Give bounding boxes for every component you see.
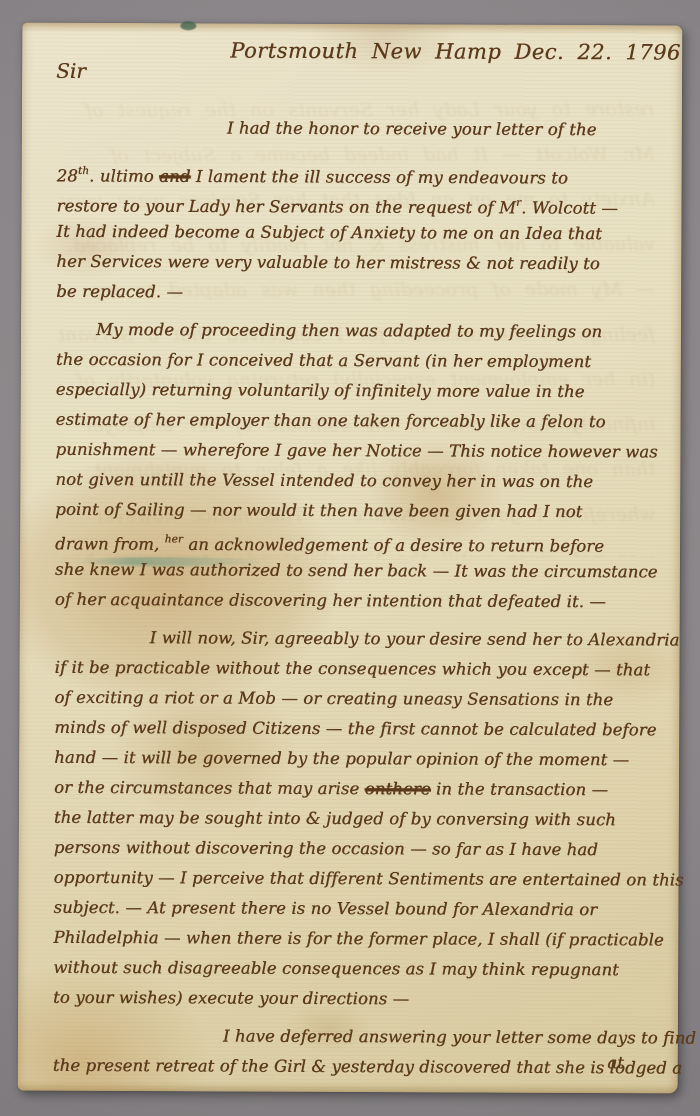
letter-line: not given untill the Vessel intended to … [55, 465, 662, 498]
letter-line: especially) returning voluntarily of inf… [56, 375, 663, 408]
superscript-insertion: r [516, 197, 521, 209]
photo-background: restore to your Lady her Servants on the… [0, 0, 700, 1116]
letter-text: especially) returning voluntarily of inf… [56, 380, 585, 401]
letter-text: she knew I was authorized to send her ba… [55, 560, 658, 582]
letter-text: estimate of her employer than one taken … [56, 410, 606, 431]
letter-text: opportunity — I perceive that different … [54, 868, 684, 890]
letter-line: to your wishes) execute your directions … [53, 983, 660, 1016]
letter-text: her Services were very valuable to her m… [56, 252, 600, 273]
letter-text: to your wishes) execute your directions … [53, 988, 409, 1009]
letter-text: I will now, Sir, agreeably to your desir… [150, 628, 680, 649]
superscript-insertion: her [165, 533, 183, 545]
letter-text: punishment — wherefore I gave her Notice… [55, 440, 657, 462]
letter-text: Philadelphia — when there is for the for… [53, 928, 664, 950]
letter-text: subject. — At present there is no Vessel… [53, 898, 597, 919]
letter-line: 28th. ultimo and I lament the ill succes… [57, 157, 664, 190]
letter-line: I have deferred answering your letter so… [53, 1021, 660, 1054]
letter-text: restore to your Lady her Servants on the… [56, 196, 516, 217]
letter-line: Philadelphia — when there is for the for… [53, 923, 660, 956]
letter-line: the present retreat of the Girl & yester… [53, 1051, 660, 1084]
letter-line: punishment — wherefore I gave her Notice… [55, 435, 662, 468]
letter-text: I had the honor to receive your letter o… [227, 118, 597, 139]
letter-text: be replaced. — [56, 282, 183, 302]
letter-text: the present retreat of the Girl & yester… [53, 1056, 682, 1078]
letter-text: minds of well disposed Citizens — the fi… [54, 718, 656, 740]
letter-line: minds of well disposed Citizens — the fi… [54, 713, 661, 746]
letter-line: or the circumstances that may arise onth… [54, 773, 661, 806]
letter-text: of her acquaintance discovering her inte… [55, 590, 606, 611]
letter-line: subject. — At present there is no Vessel… [53, 893, 660, 926]
letter-text: or the circumstances that may arise [54, 778, 365, 798]
letter-line: her Services were very valuable to her m… [56, 247, 663, 280]
letter-line: of her acquaintance discovering her inte… [55, 585, 662, 618]
letter-text: . Wolcott — [521, 198, 618, 217]
letter-line: restore to your Lady her Servants on the… [56, 187, 663, 220]
letter-text: the latter may be sought into & judged o… [54, 808, 616, 829]
letter-text: the occasion for I conceived that a Serv… [56, 350, 591, 371]
letter-line: point of Sailing — nor would it then hav… [55, 495, 662, 528]
letter-text: 28 [57, 166, 78, 185]
letter-text: drawn from, [55, 534, 165, 553]
letter-text: persons without discovering the occasion… [54, 838, 598, 859]
letter-body: I had the honor to receive your letter o… [53, 105, 664, 1084]
letter-line: the latter may be sought into & judged o… [54, 803, 661, 836]
letter-line: drawn from, her an acknowledgement of a … [55, 525, 662, 558]
letter-text: if it be practicable without the consequ… [54, 658, 650, 680]
letter-text: in the transaction — [431, 779, 609, 799]
letter-text: My mode of proceeding then was adapted t… [96, 320, 602, 341]
letter-text: without such disagreeable consequences a… [53, 958, 619, 979]
letter-line: if it be practicable without the consequ… [54, 653, 661, 686]
letter-line: My mode of proceeding then was adapted t… [56, 315, 663, 348]
struck-word: and [159, 167, 190, 186]
letter-salutation: Sir [56, 59, 86, 83]
letter-catchword: at [607, 1053, 624, 1072]
letter-text: not given untill the Vessel intended to … [55, 470, 593, 491]
letter-line: hand — it will be governed by the popula… [54, 743, 661, 776]
letter-line: be replaced. — [56, 277, 663, 310]
letter-text: an acknowledgement of a desire to return… [183, 535, 604, 556]
ink-speck [180, 21, 196, 30]
letter-text: . ultimo [89, 166, 159, 185]
letter-line: It had indeed become a Subject of Anxiet… [56, 217, 663, 250]
letter-line: without such disagreeable consequences a… [53, 953, 660, 986]
letter-text: point of Sailing — nor would it then hav… [55, 500, 582, 521]
superscript-insertion: th [78, 165, 89, 177]
letter-line: I had the honor to receive your letter o… [57, 113, 664, 146]
letter-sheet: restore to your Lady her Servants on the… [18, 23, 683, 1094]
letter-line: she knew I was authorized to send her ba… [55, 555, 662, 588]
letter-dateline: Portsmouth New Hamp Dec. 22. 1796 [230, 38, 681, 64]
letter-text: hand — it will be governed by the popula… [54, 748, 629, 770]
letter-text: I have deferred answering your letter so… [223, 1026, 700, 1047]
letter-line: opportunity — I perceive that different … [54, 863, 661, 896]
letter-text: I lament the ill success of my endeavour… [190, 167, 568, 188]
letter-text: It had indeed become a Subject of Anxiet… [56, 222, 602, 243]
letter-line: persons without discovering the occasion… [54, 833, 661, 866]
letter-line: of exciting a riot or a Mob — or creatin… [54, 683, 661, 716]
letter-line: I will now, Sir, agreeably to your desir… [55, 623, 662, 656]
letter-line: the occasion for I conceived that a Serv… [56, 345, 663, 378]
letter-text: of exciting a riot or a Mob — or creatin… [54, 688, 613, 709]
letter-line: estimate of her employer than one taken … [56, 405, 663, 438]
struck-word: onthere [365, 779, 431, 798]
